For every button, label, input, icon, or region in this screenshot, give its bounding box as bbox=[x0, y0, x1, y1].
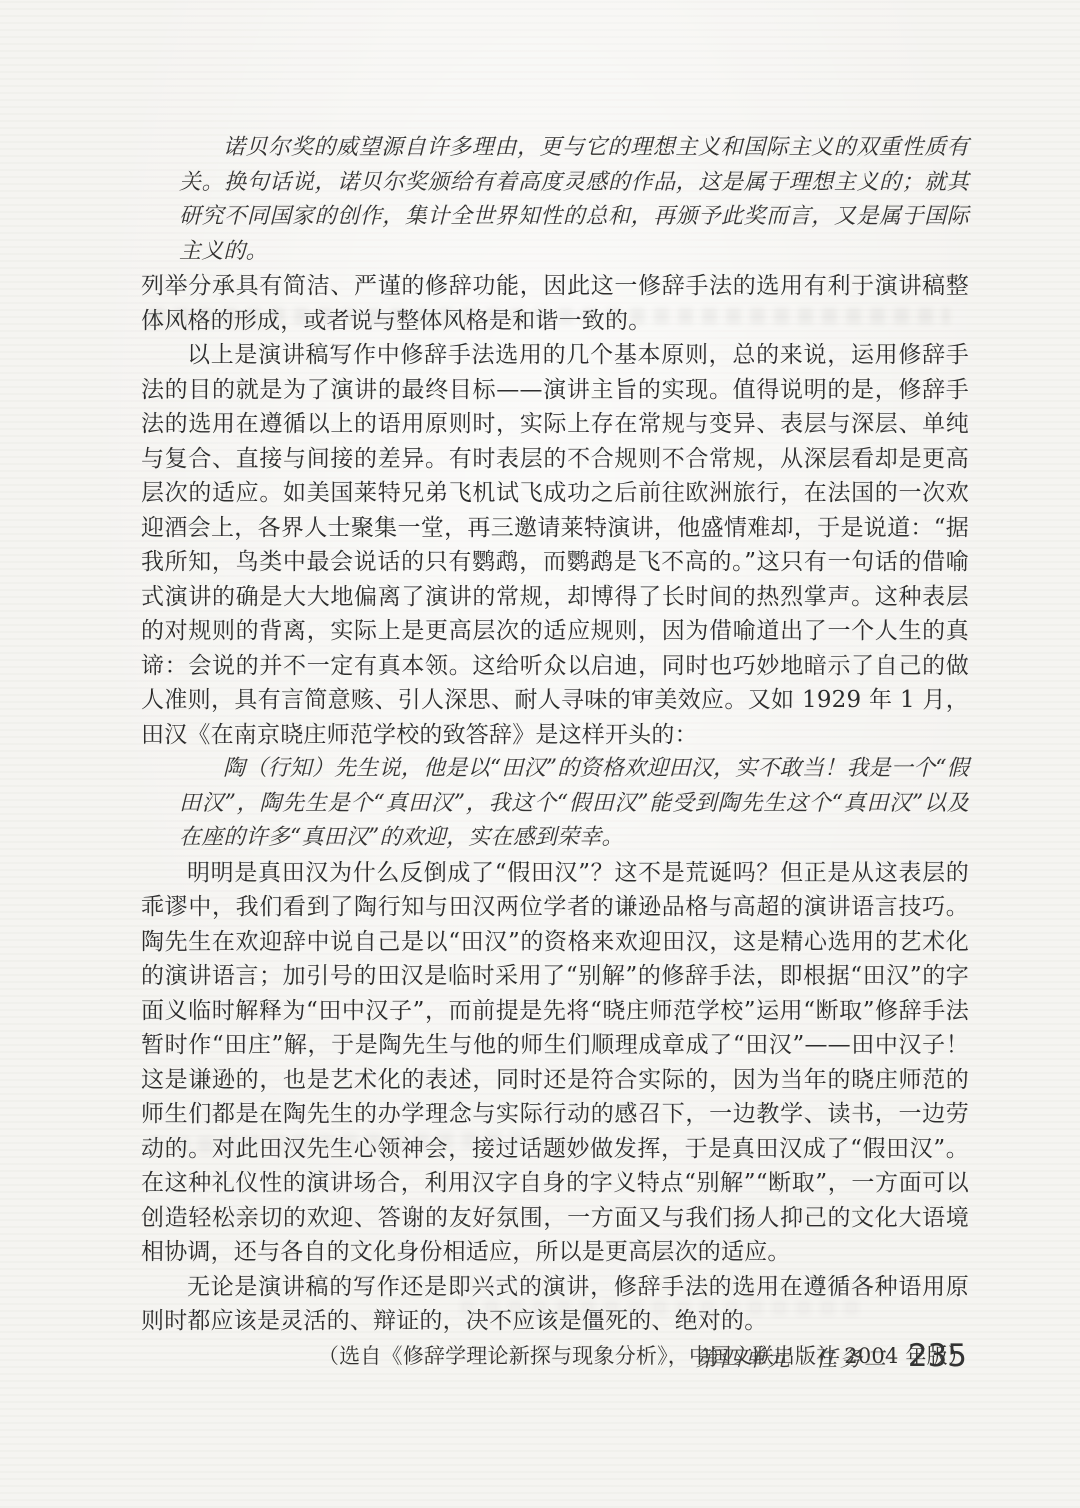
paragraph-enumeration-function: 列举分承具有简洁、严谨的修辞功能，因此这一修辞手法的选用有利于演讲稿整体风格的形… bbox=[141, 269, 969, 338]
document-page: 诺贝尔奖的威望源自许多理由，更与它的理想主义和国际主义的双重性质有关。换句话说，… bbox=[0, 0, 1080, 1508]
page-content: 诺贝尔奖的威望源自许多理由，更与它的理想主义和国际主义的双重性质有关。换句话说，… bbox=[141, 131, 969, 1373]
paragraph-rhetoric-principles: 以上是演讲稿写作中修辞手法选用的几个基本原则，总的来说，运用修辞手法的目的就是为… bbox=[141, 338, 969, 752]
quote-tao-xingzhi-tianhan: 陶（行知）先生说，他是以“田汉”的资格欢迎田汉，实不敢当！我是一个“假田汉”，陶… bbox=[179, 752, 969, 856]
paragraph-conclusion: 无论是演讲稿的写作还是即兴式的演讲，修辞手法的选用在遵循各种语用原则时都应该是灵… bbox=[141, 1270, 969, 1339]
quote-nobel-prize: 诺贝尔奖的威望源自许多理由，更与它的理想主义和国际主义的双重性质有关。换句话说，… bbox=[179, 131, 969, 269]
paragraph-tianhan-analysis: 明明是真田汉为什么反倒成了“假田汉”？这不是荒诞吗？但正是从这表层的乖谬中，我们… bbox=[141, 856, 969, 1270]
page-footer: 第四单元 任务二 235 bbox=[696, 1338, 967, 1374]
footer-page-number: 235 bbox=[908, 1338, 967, 1374]
footer-unit-task-label: 第四单元 任务二 bbox=[696, 1342, 888, 1373]
